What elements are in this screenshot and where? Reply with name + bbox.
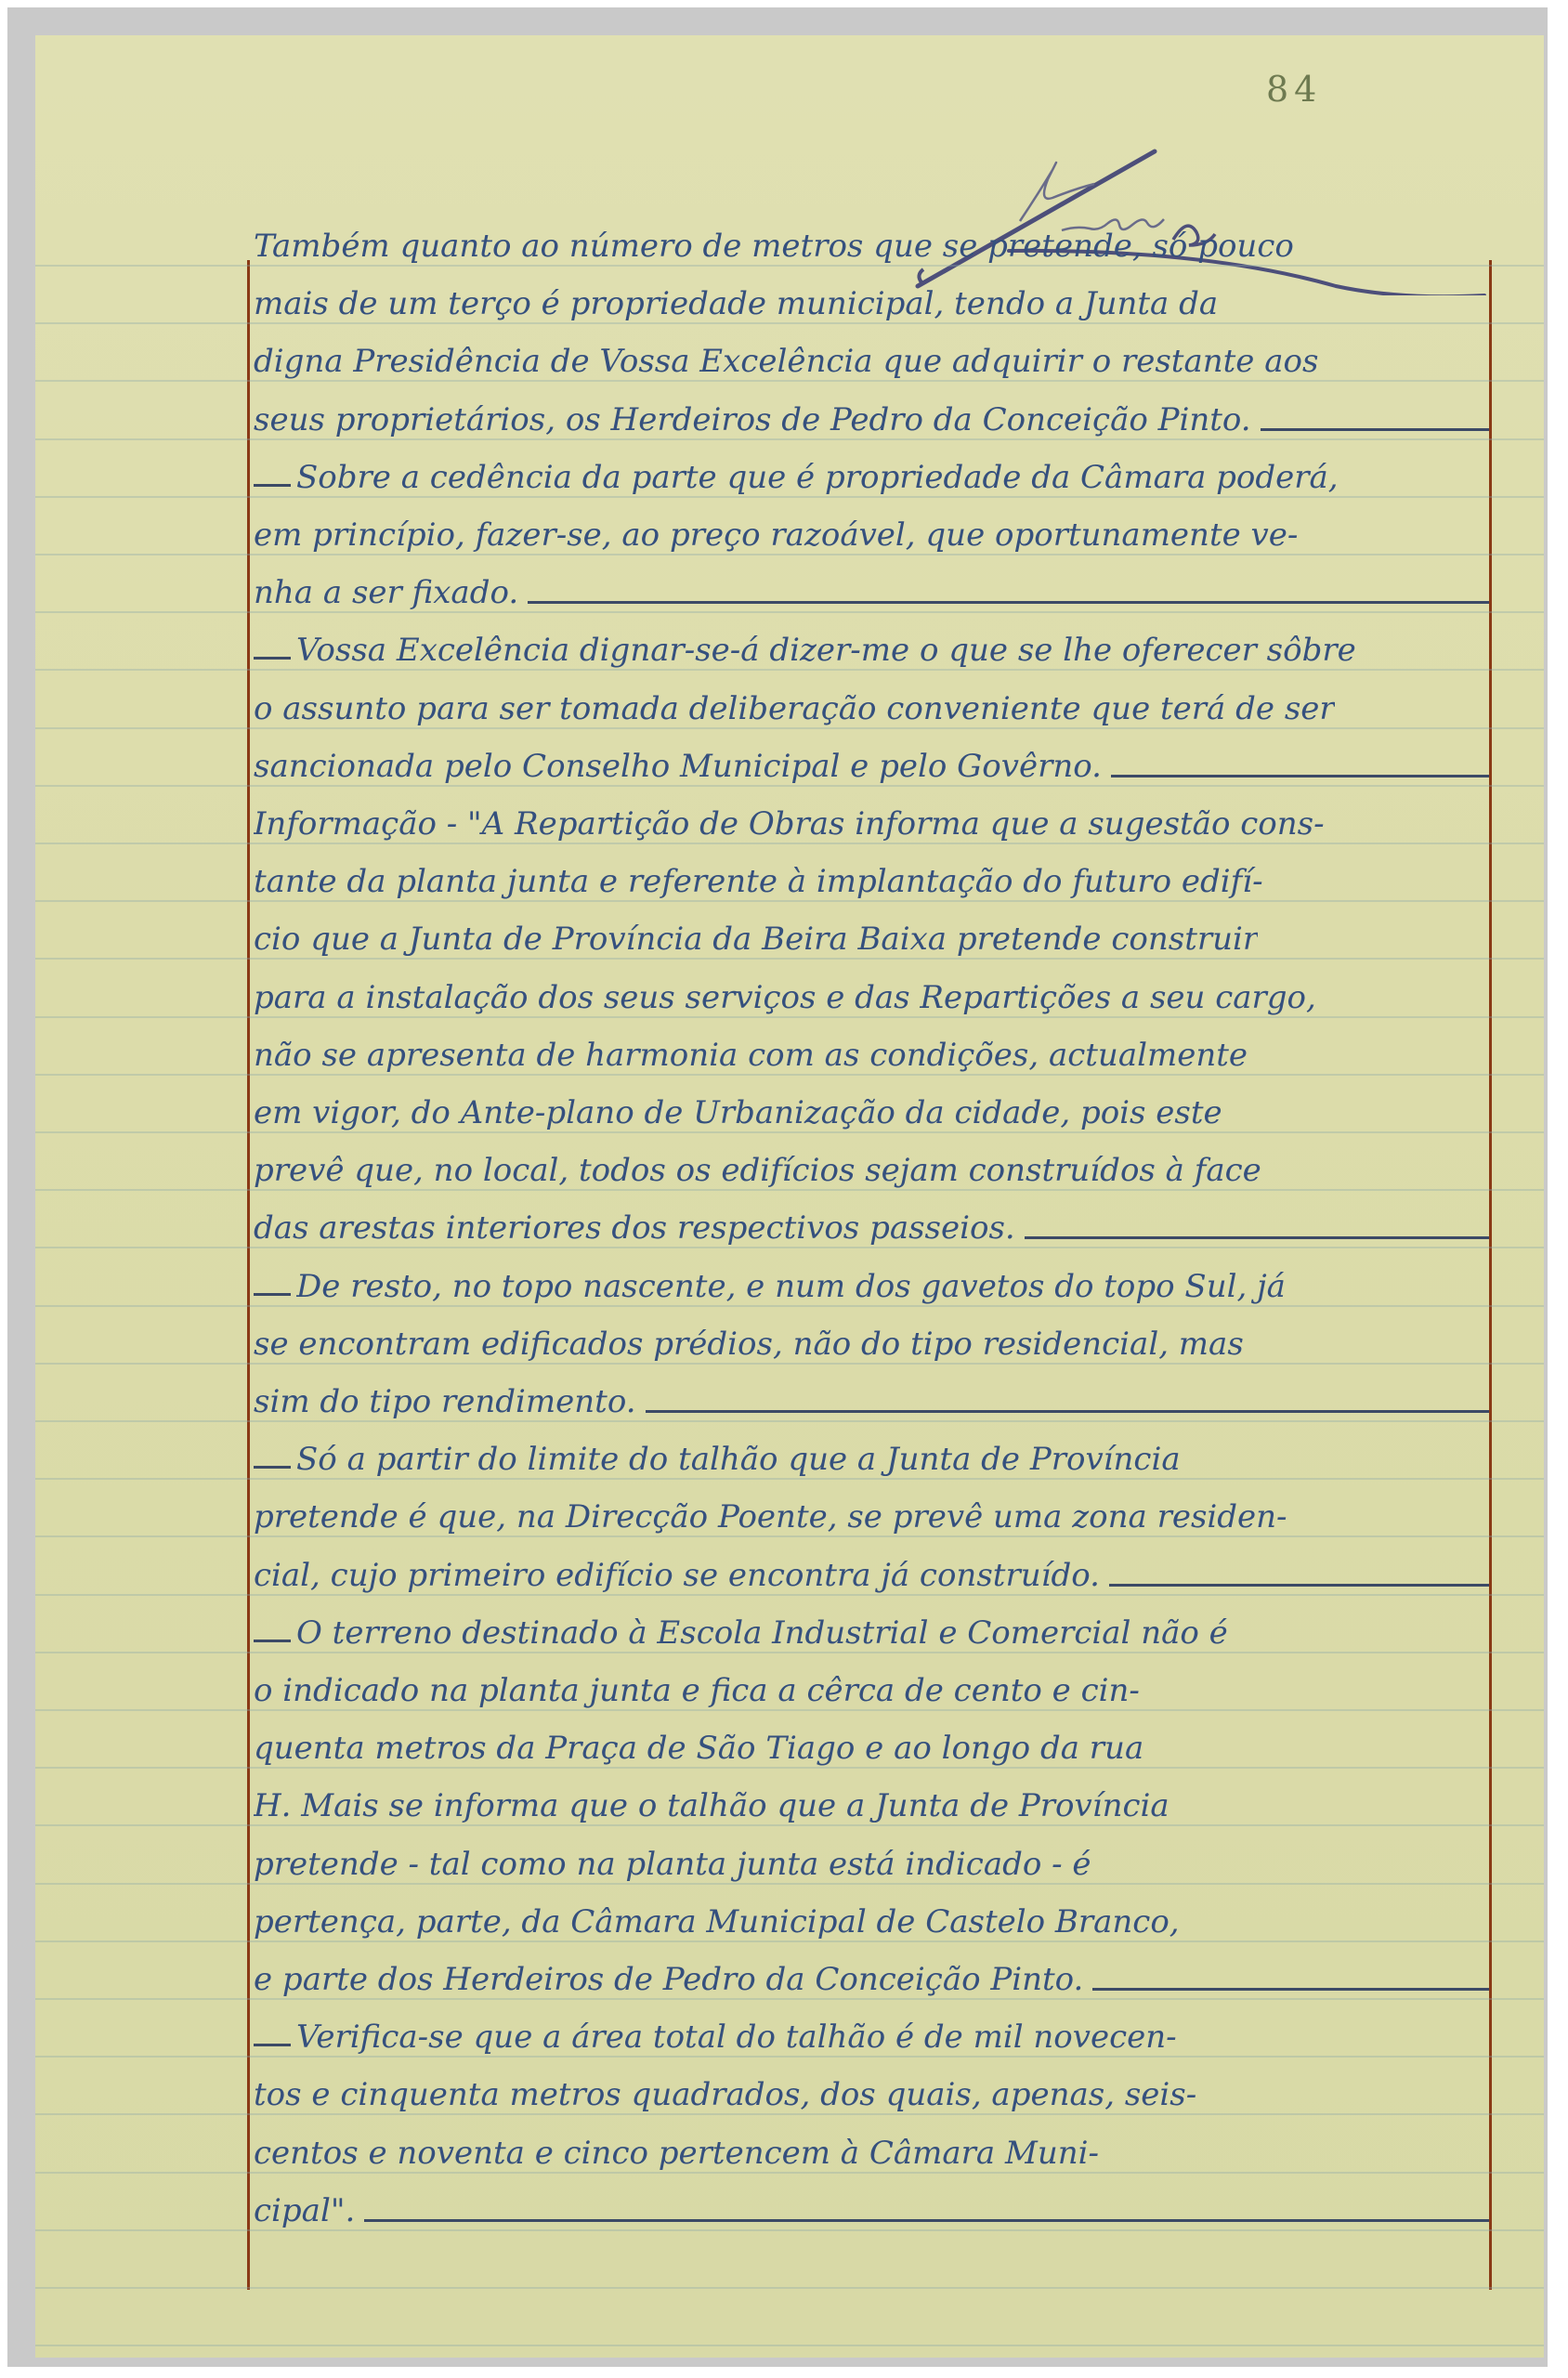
ruled-line (35, 2345, 1544, 2346)
text-line: tos e cinquenta metros quadrados, dos qu… (254, 2076, 1489, 2113)
text-line: Só a partir do limite do talhão que a Ju… (254, 1441, 1489, 1478)
ruled-paper-page: 84 Também quanto ao número de metros que… (35, 35, 1544, 2358)
line-filler-stroke (1261, 428, 1489, 431)
line-text: o indicado na planta junta e fica a cêrc… (254, 1672, 1140, 1709)
text-line: das arestas interiores dos respectivos p… (254, 1209, 1489, 1247)
ruled-line (35, 2172, 1544, 2174)
text-line: não se apresenta de harmonia com as cond… (254, 1037, 1489, 1074)
text-line: mais de um terço é propriedade municipal… (254, 285, 1489, 322)
line-text: para a instalação dos seus serviços e da… (254, 979, 1316, 1016)
text-line: Vossa Excelência dignar-se-á dizer-me o … (254, 632, 1489, 669)
text-line: quenta metros da Praça de São Tiago e ao… (254, 1730, 1489, 1767)
line-text: O terreno destinado à Escola Industrial … (296, 1614, 1228, 1652)
text-line: e parte dos Herdeiros de Pedro da Concei… (254, 1961, 1489, 1998)
text-line: H. Mais se informa que o talhão que a Ju… (254, 1787, 1489, 1824)
ruled-line (35, 1883, 1544, 1885)
text-line: Também quanto ao número de metros que se… (254, 228, 1489, 265)
line-filler-stroke (646, 1410, 1489, 1413)
text-line: De resto, no topo nascente, e num dos ga… (254, 1268, 1489, 1305)
ruled-line (35, 1420, 1544, 1422)
line-text: Vossa Excelência dignar-se-á dizer-me o … (296, 632, 1356, 669)
paragraph-dash (254, 657, 291, 660)
right-margin-rule (1489, 260, 1492, 2290)
text-line: se encontram edificados prédios, não do … (254, 1326, 1489, 1363)
line-text: cipal". (254, 2192, 355, 2229)
signature-icon (899, 110, 1494, 295)
line-filler-stroke (1092, 1988, 1489, 1991)
text-line: O terreno destinado à Escola Industrial … (254, 1614, 1489, 1652)
ruled-line (35, 1709, 1544, 1711)
line-text: pertença, parte, da Câmara Municipal de … (254, 1903, 1180, 1940)
line-text: tos e cinquenta metros quadrados, dos qu… (254, 2076, 1196, 2113)
line-filler-stroke (364, 2219, 1489, 2222)
paragraph-dash (254, 484, 291, 487)
document-frame: 84 Também quanto ao número de metros que… (7, 7, 1548, 2367)
line-text: digna Presidência de Vossa Excelência qu… (254, 343, 1318, 380)
page-number: 84 (1266, 69, 1322, 110)
line-filler-stroke (528, 601, 1489, 604)
ruled-line (35, 1652, 1544, 1653)
line-text: H. Mais se informa que o talhão que a Ju… (254, 1787, 1169, 1824)
ruled-line (35, 496, 1544, 498)
line-text: sancionada pelo Conselho Municipal e pel… (254, 748, 1102, 785)
ruled-line (35, 1247, 1544, 1248)
line-text: cial, cujo primeiro edifício se encontra… (254, 1557, 1100, 1594)
ruled-line (35, 2229, 1544, 2231)
line-text: Só a partir do limite do talhão que a Ju… (296, 1441, 1181, 1478)
ruled-line (35, 669, 1544, 671)
line-text: quenta metros da Praça de São Tiago e ao… (254, 1730, 1143, 1767)
paragraph-dash (254, 2044, 291, 2046)
ruled-line (35, 1478, 1544, 1480)
ruled-line (35, 2113, 1544, 2115)
ruled-line (35, 958, 1544, 960)
line-text: cio que a Junta de Província da Beira Ba… (254, 921, 1258, 958)
line-text: mais de um terço é propriedade municipal… (254, 285, 1218, 322)
line-filler-stroke (1025, 1236, 1489, 1239)
text-line: sancionada pelo Conselho Municipal e pel… (254, 748, 1489, 785)
line-text: Informação - "A Repartição de Obras info… (254, 805, 1325, 843)
ruled-line (35, 554, 1544, 555)
line-text: Também quanto ao número de metros que se… (254, 228, 1294, 265)
text-line: para a instalação dos seus serviços e da… (254, 979, 1489, 1016)
text-line: sim do tipo rendimento. (254, 1383, 1489, 1420)
ruled-line (35, 2056, 1544, 2058)
line-text: centos e noventa e cinco pertencem à Câm… (254, 2135, 1099, 2172)
ruled-line (35, 322, 1544, 324)
ruled-line (35, 611, 1544, 613)
text-line: em vigor, do Ante-plano de Urbanização d… (254, 1094, 1489, 1131)
line-text: das arestas interiores dos respectivos p… (254, 1209, 1015, 1247)
ruled-line (35, 1189, 1544, 1191)
line-text: pretende - tal como na planta junta está… (254, 1846, 1091, 1883)
text-line: tante da planta junta e referente à impl… (254, 863, 1489, 900)
left-margin-rule (247, 260, 250, 2290)
text-line: cipal". (254, 2192, 1489, 2229)
ruled-line (35, 1131, 1544, 1133)
line-text: nha a ser fixado. (254, 574, 518, 611)
ruled-line (35, 900, 1544, 902)
paragraph-dash (254, 1640, 291, 1642)
text-line: o indicado na planta junta e fica a cêrc… (254, 1672, 1489, 1709)
ruled-line (35, 1594, 1544, 1596)
text-line: digna Presidência de Vossa Excelência qu… (254, 343, 1489, 380)
text-line: prevê que, no local, todos os edifícios … (254, 1152, 1489, 1189)
line-text: prevê que, no local, todos os edifícios … (254, 1152, 1261, 1189)
ruled-line (35, 727, 1544, 729)
line-text: Sobre a cedência da parte que é propried… (296, 459, 1339, 496)
text-line: Verifica-se que a área total do talhão é… (254, 2019, 1489, 2056)
line-text: em princípio, fazer-se, ao preço razoáve… (254, 516, 1298, 554)
paragraph-dash (254, 1293, 291, 1296)
text-line: centos e noventa e cinco pertencem à Câm… (254, 2135, 1489, 2172)
line-text: não se apresenta de harmonia com as cond… (254, 1037, 1248, 1074)
line-text: pretende é que, na Direcção Poente, se p… (254, 1498, 1287, 1535)
ruled-line (35, 1016, 1544, 1018)
text-line: cio que a Junta de Província da Beira Ba… (254, 921, 1489, 958)
ruled-line (35, 380, 1544, 382)
ruled-line (35, 1305, 1544, 1307)
line-text: o assunto para ser tomada deliberação co… (254, 690, 1335, 727)
ruled-line (35, 1767, 1544, 1769)
text-line: nha a ser fixado. (254, 574, 1489, 611)
ruled-line (35, 785, 1544, 787)
ruled-line (35, 1824, 1544, 1826)
line-text: De resto, no topo nascente, e num dos ga… (296, 1268, 1286, 1305)
line-text: sim do tipo rendimento. (254, 1383, 636, 1420)
text-line: em princípio, fazer-se, ao preço razoáve… (254, 516, 1489, 554)
line-filler-stroke (1109, 1584, 1489, 1587)
text-line: pertença, parte, da Câmara Municipal de … (254, 1903, 1489, 1940)
ruled-line (35, 2287, 1544, 2289)
ruled-line (35, 1535, 1544, 1537)
line-text: em vigor, do Ante-plano de Urbanização d… (254, 1094, 1222, 1131)
line-text: seus proprietários, os Herdeiros de Pedr… (254, 401, 1251, 438)
text-line: Sobre a cedência da parte que é propried… (254, 459, 1489, 496)
line-text: tante da planta junta e referente à impl… (254, 863, 1263, 900)
text-line: o assunto para ser tomada deliberação co… (254, 690, 1489, 727)
text-line: Informação - "A Repartição de Obras info… (254, 805, 1489, 843)
line-text: Verifica-se que a área total do talhão é… (296, 2019, 1177, 2056)
text-line: seus proprietários, os Herdeiros de Pedr… (254, 401, 1489, 438)
line-text: e parte dos Herdeiros de Pedro da Concei… (254, 1961, 1083, 1998)
ruled-line (35, 1074, 1544, 1076)
text-line: pretende é que, na Direcção Poente, se p… (254, 1498, 1489, 1535)
paragraph-dash (254, 1466, 291, 1469)
text-line: pretende - tal como na planta junta está… (254, 1846, 1489, 1883)
ruled-line (35, 438, 1544, 440)
ruled-line (35, 265, 1544, 267)
ruled-line (35, 1998, 1544, 2000)
ruled-line (35, 1363, 1544, 1365)
ruled-line (35, 843, 1544, 844)
text-line: cial, cujo primeiro edifício se encontra… (254, 1557, 1489, 1594)
line-text: se encontram edificados prédios, não do … (254, 1326, 1244, 1363)
line-filler-stroke (1111, 775, 1489, 777)
ruled-line (35, 1940, 1544, 1942)
